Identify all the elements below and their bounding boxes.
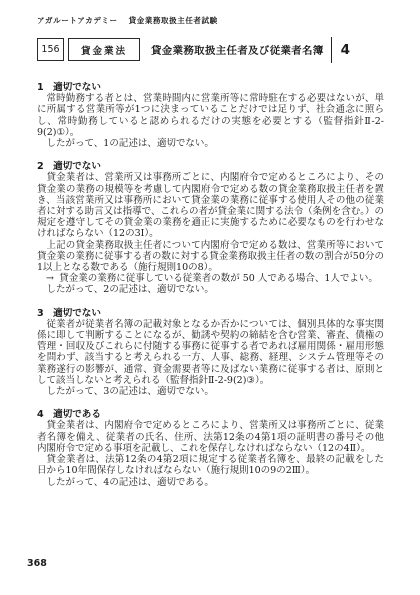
explanation-paragraph: 従業者が従業者名簿の記載対象となるか否かについては、個別具体的な事実関係に即して… (37, 319, 384, 386)
verdict-label: 適切である (53, 409, 101, 420)
conclusion-text: したがって、3の記述は、適切でない。 (37, 386, 384, 397)
arrow-icon: → (46, 273, 54, 284)
conclusion-text: したがって、1の記述は、適切でない。 (37, 138, 384, 149)
verdict-label: 適切でない (53, 308, 101, 319)
answer-item-2: 2適切でない 貸金業者は、営業所又は事務所ごとに、内閣府令で定めるところにより、… (37, 161, 384, 295)
section-heading: 1適切でない (37, 82, 384, 93)
brand-line: アガルートアカデミー貸金業務取扱主任者試験 (37, 15, 218, 26)
explanation-paragraph: 貸金業者は、内閣府令で定めるところにより、営業所又は事務所ごとに、従業者名簿を備… (37, 420, 384, 454)
subject-box: 貸金業法 (68, 38, 140, 61)
question-header: 156 貸金業法 貸金業務取扱主任者及び従業者名簿 4 (37, 37, 392, 62)
conclusion-text: したがって、4の記述は、適切である。 (37, 477, 384, 488)
explanation-body: 1適切でない 常時勤務する者とは、営業時間内に営業所等に常時駐在する必要はないが… (37, 82, 384, 500)
document-page: アガルートアカデミー貸金業務取扱主任者試験 156 貸金業法 貸金業務取扱主任者… (0, 0, 420, 595)
answer-item-1: 1適切でない 常時勤務する者とは、営業時間内に営業所等に常時駐在する必要はないが… (37, 82, 384, 149)
answer-number: 4 (341, 42, 350, 58)
question-number-box: 156 (37, 38, 64, 61)
section-heading: 2適切でない (37, 161, 384, 172)
brand-text: アガルートアカデミー (37, 16, 118, 25)
answer-item-4: 4適切である 貸金業者は、内閣府令で定めるところにより、営業所又は事務所ごとに、… (37, 409, 384, 487)
section-heading: 3適切でない (37, 308, 384, 319)
verdict-label: 適切でない (53, 82, 101, 93)
lesson-title: 貸金業務取扱主任者及び従業者名簿 (151, 42, 324, 57)
explanation-paragraph: 貸金業者は、法第12条の4第2項に規定する従業者名簿を、最終の記載をした日から1… (37, 454, 384, 476)
section-heading: 4適切である (37, 409, 384, 420)
choice-number: 4 (37, 409, 45, 420)
choice-number: 3 (37, 308, 45, 319)
verdict-label: 適切でない (53, 161, 101, 172)
choice-number: 2 (37, 161, 45, 172)
explanation-paragraph: 貸金業者は、営業所又は事務所ごとに、内閣府令で定めるところにより、その貸金業の業… (37, 172, 384, 239)
choice-number: 1 (37, 82, 45, 93)
arrow-note: →貸金業の業務に従事している従業者の数が 50 人である場合、1人でよい。 (37, 273, 384, 284)
explanation-paragraph: 上記の貸金業務取扱主任者について内閣府令で定める数は、営業所等において貸金業の業… (37, 240, 384, 274)
header-divider (331, 37, 332, 63)
exam-title: 貸金業務取扱主任者試験 (129, 16, 218, 25)
arrow-note-text: 貸金業の業務に従事している従業者の数が 50 人である場合、1人でよい。 (59, 273, 378, 284)
explanation-paragraph: 常時勤務する者とは、営業時間内に営業所等に常時駐在する必要はないが、単に所属する… (37, 93, 384, 138)
conclusion-text: したがって、2の記述は、適切でない。 (37, 284, 384, 295)
page-number: 368 (27, 558, 47, 569)
answer-item-3: 3適切でない 従業者が従業者名簿の記載対象となるか否かについては、個別具体的な事… (37, 308, 384, 398)
